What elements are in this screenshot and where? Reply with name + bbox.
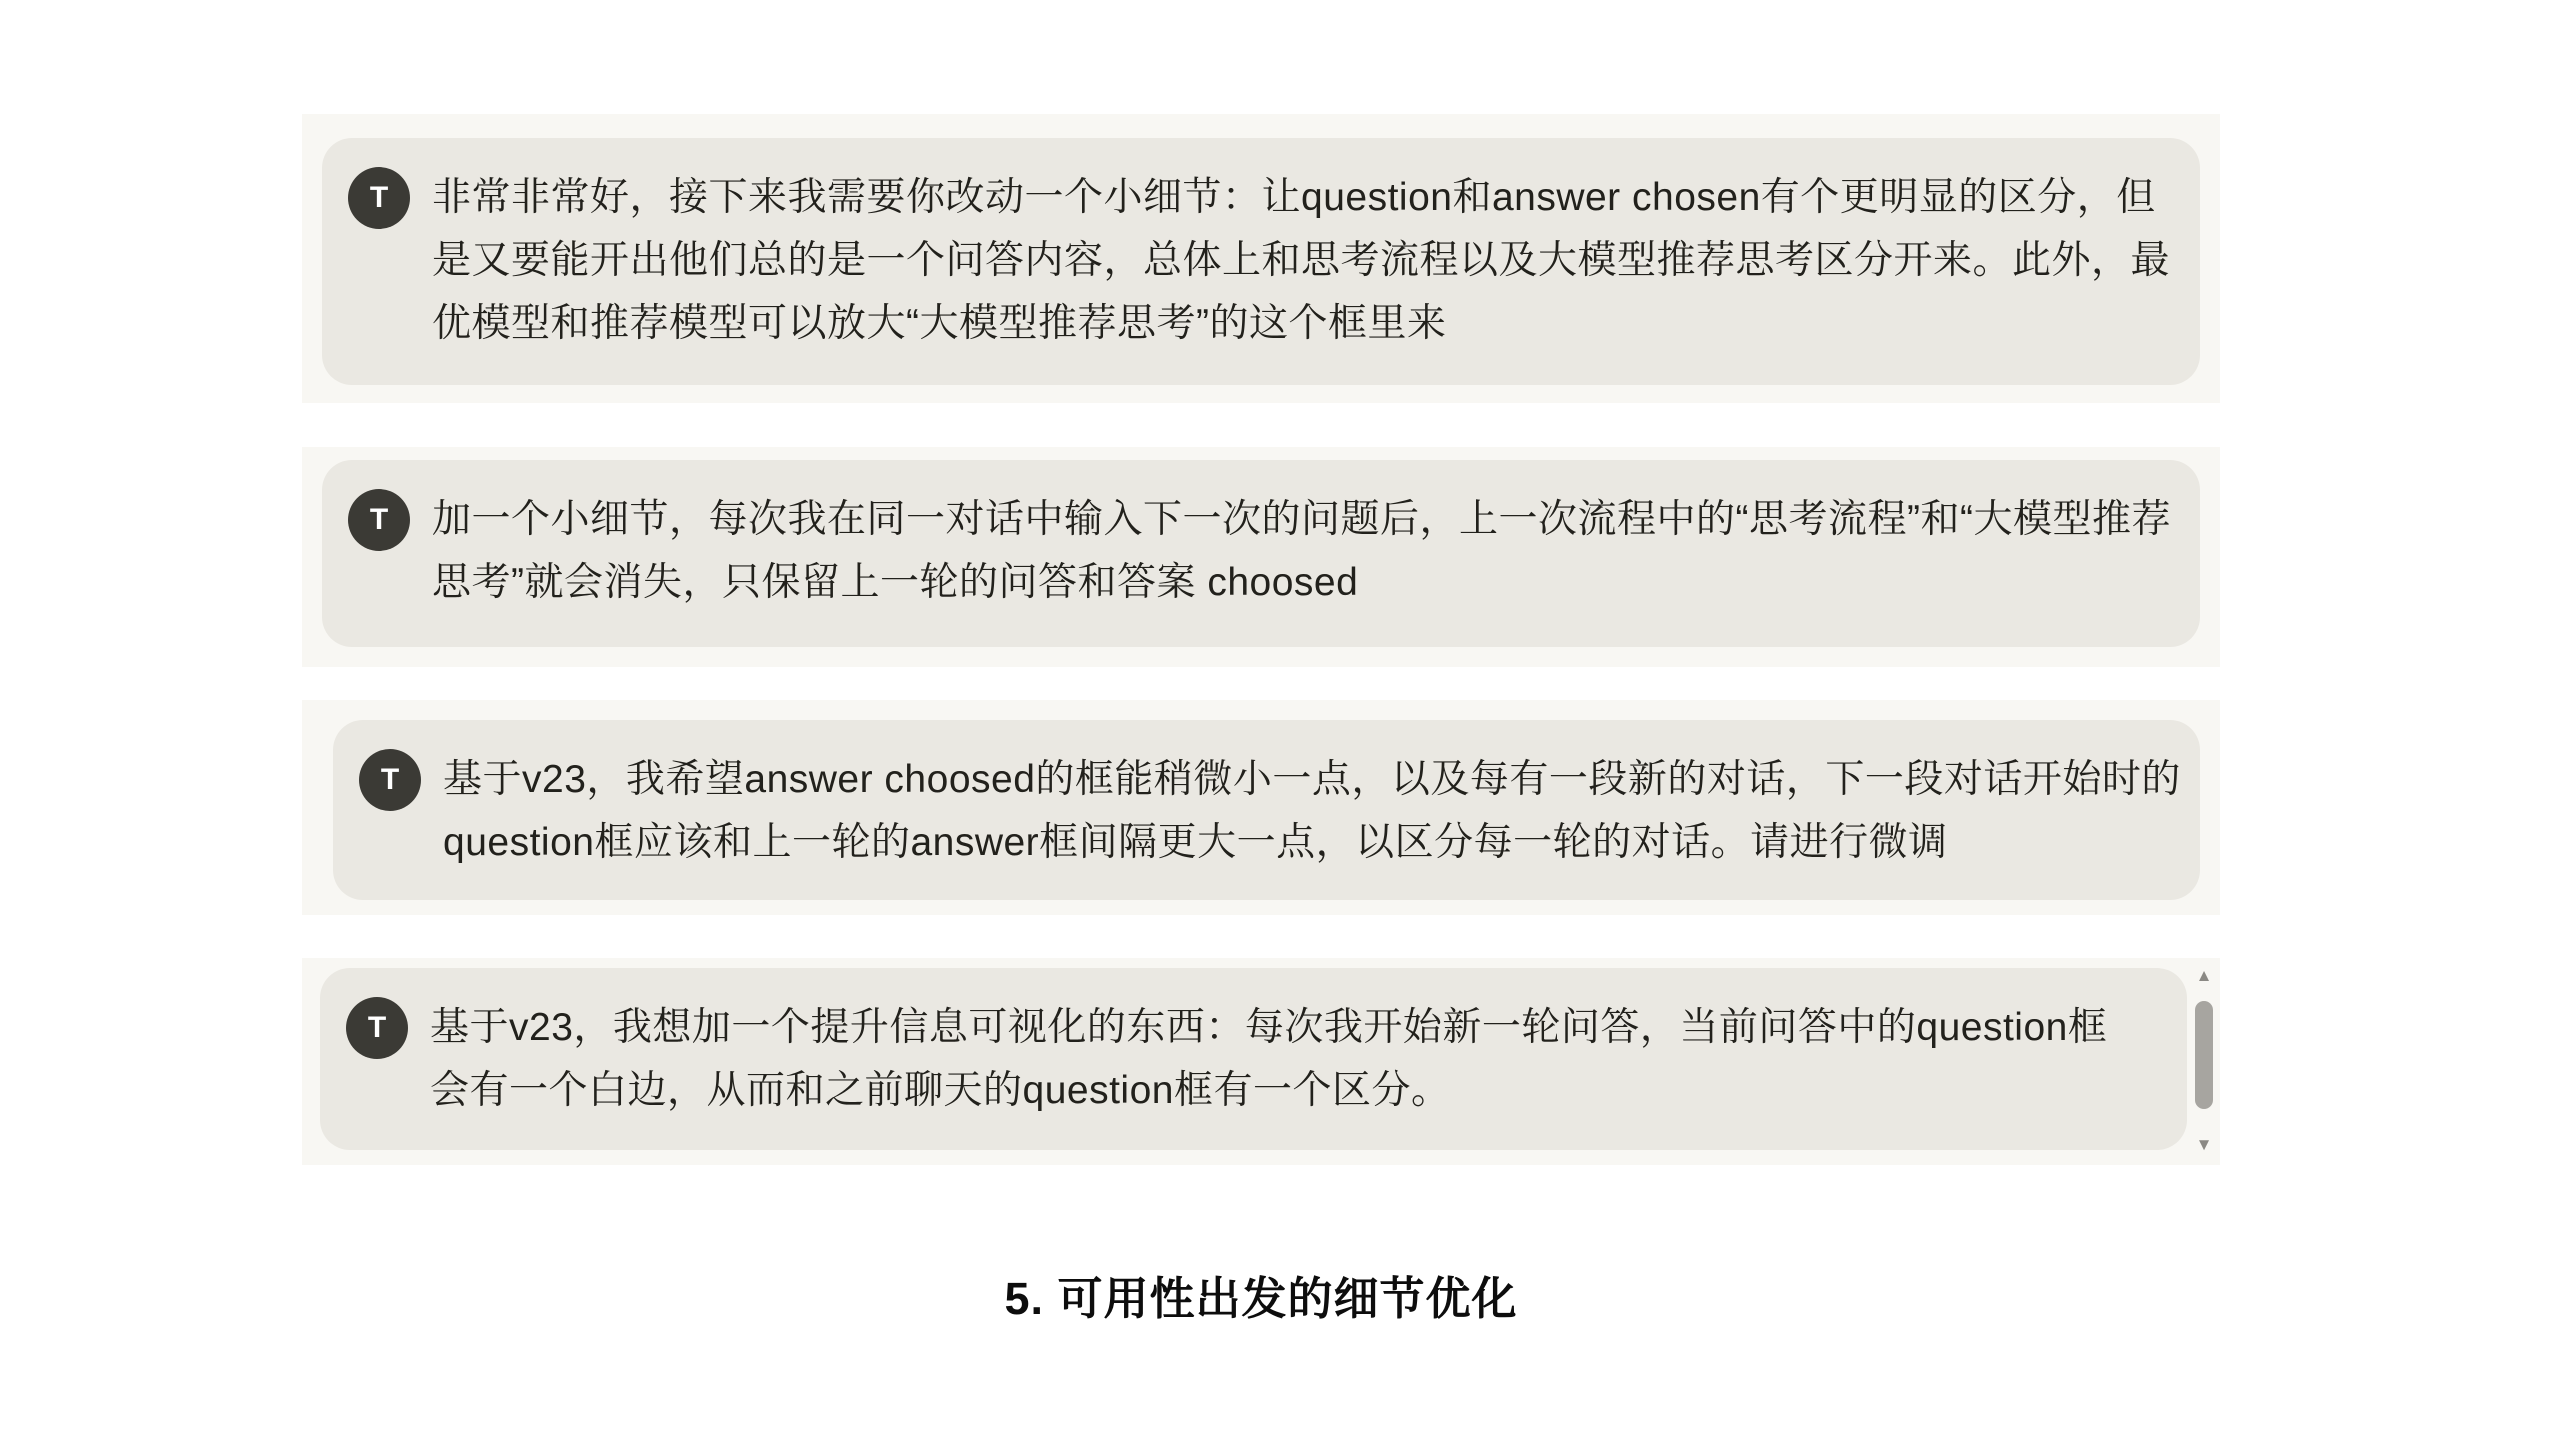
message-row: T 基于v23，我想加一个提升信息可视化的东西：每次我开始新一轮问答，当前问答中… bbox=[302, 958, 2220, 1165]
message-text: 非常非常好，接下来我需要你改动一个小细节：让question和answer ch… bbox=[432, 162, 2170, 355]
scroll-up-icon[interactable]: ▲ bbox=[2196, 966, 2213, 986]
scrollbar-thumb[interactable] bbox=[2195, 1001, 2213, 1109]
page: T 非常非常好，接下来我需要你改动一个小细节：让question和answer … bbox=[0, 0, 2560, 1440]
message-text-line: 非常非常好，接下来我需要你改动一个小细节：让question和answer ch… bbox=[432, 166, 2170, 229]
avatar: T bbox=[346, 997, 408, 1059]
message-text: 基于v23，我希望answer choosed的框能稍微小一点，以及每有一段新的… bbox=[443, 744, 2181, 874]
message-bubble: T 加一个小细节，每次我在同一对话中输入下一次的问题后，上一次流程中的“思考流程… bbox=[322, 460, 2200, 647]
message-text-line: 优模型和推荐模型可以放大“大模型推荐思考”的这个框里来 bbox=[432, 292, 2170, 355]
message-text-line: 加一个小细节，每次我在同一对话中输入下一次的问题后，上一次流程中的“思考流程”和… bbox=[432, 488, 2171, 551]
message-bubble: T 非常非常好，接下来我需要你改动一个小细节：让question和answer … bbox=[322, 138, 2200, 385]
message-bubble: T 基于v23，我想加一个提升信息可视化的东西：每次我开始新一轮问答，当前问答中… bbox=[320, 968, 2187, 1150]
scrollbar[interactable]: ▲ ▼ bbox=[2191, 966, 2217, 1155]
section-heading: 5. 可用性出发的细节优化 bbox=[302, 1262, 2220, 1327]
message-text-line: 基于v23，我想加一个提升信息可视化的东西：每次我开始新一轮问答，当前问答中的q… bbox=[430, 996, 2107, 1059]
message-row: T 非常非常好，接下来我需要你改动一个小细节：让question和answer … bbox=[302, 114, 2220, 403]
scroll-down-icon[interactable]: ▼ bbox=[2196, 1135, 2213, 1155]
avatar: T bbox=[348, 489, 410, 551]
message-text-line: 思考”就会消失，只保留上一轮的问答和答案 choosed bbox=[432, 551, 2171, 614]
avatar: T bbox=[348, 167, 410, 229]
message-text-line: 是又要能开出他们总的是一个问答内容，总体上和思考流程以及大模型推荐思考区分开来。… bbox=[432, 229, 2170, 292]
avatar: T bbox=[359, 749, 421, 811]
message-text-line: question框应该和上一轮的answer框间隔更大一点，以区分每一轮的对话。… bbox=[443, 811, 2181, 874]
message-row: T 加一个小细节，每次我在同一对话中输入下一次的问题后，上一次流程中的“思考流程… bbox=[302, 447, 2220, 667]
message-text: 基于v23，我想加一个提升信息可视化的东西：每次我开始新一轮问答，当前问答中的q… bbox=[430, 992, 2107, 1122]
message-text-line: 基于v23，我希望answer choosed的框能稍微小一点，以及每有一段新的… bbox=[443, 748, 2181, 811]
message-text: 加一个小细节，每次我在同一对话中输入下一次的问题后，上一次流程中的“思考流程”和… bbox=[432, 484, 2171, 614]
message-text-line: 会有一个白边，从而和之前聊天的question框有一个区分。 bbox=[430, 1059, 2107, 1122]
message-row: T 基于v23，我希望answer choosed的框能稍微小一点，以及每有一段… bbox=[302, 700, 2220, 915]
message-bubble: T 基于v23，我希望answer choosed的框能稍微小一点，以及每有一段… bbox=[333, 720, 2200, 900]
